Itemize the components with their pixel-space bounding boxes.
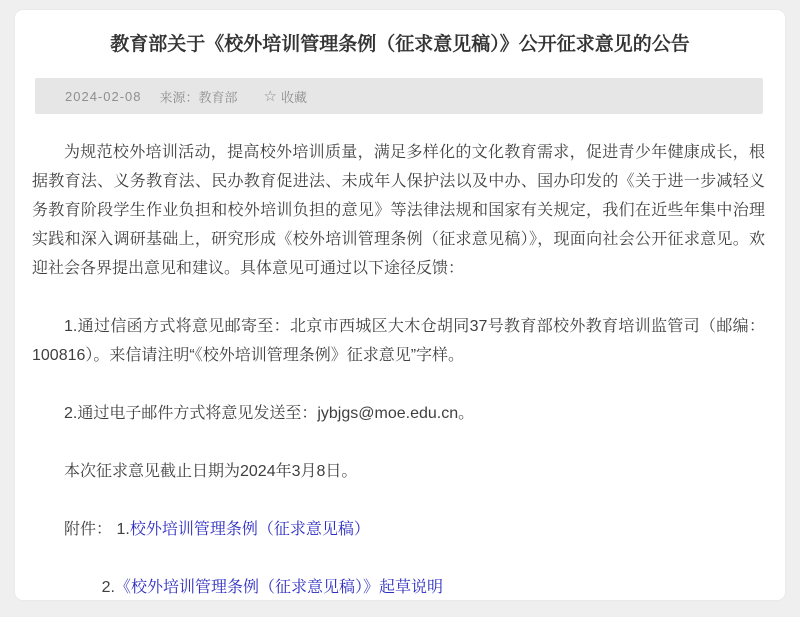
- page-background: 教育部关于《校外培训管理条例（征求意见稿）》公开征求意见的公告 2024-02-…: [0, 0, 800, 617]
- attachment-1-prefix: 1.: [116, 521, 129, 538]
- attachments-line-2: 2.《校外培训管理条例（征求意见稿）》起草说明: [32, 573, 765, 600]
- star-icon: ☆: [264, 89, 277, 104]
- source-label: 来源：教育部: [160, 87, 238, 106]
- deadline-paragraph: 本次征求意见截止日期为2024年3月8日。: [32, 457, 765, 486]
- publish-date: 2024-02-08: [65, 89, 142, 104]
- article-content: 为规范校外培训活动，提高校外培训质量，满足多样化的文化教育需求，促进青少年健康成…: [15, 138, 785, 600]
- attachment-2-prefix: 2.: [102, 579, 115, 596]
- favorite-label: 收藏: [281, 87, 307, 106]
- favorite-button[interactable]: ☆ 收藏: [264, 87, 307, 106]
- article-card: 教育部关于《校外培训管理条例（征求意见稿）》公开征求意见的公告 2024-02-…: [15, 10, 785, 600]
- feedback-channel-mail-paragraph: 1.通过信函方式将意见邮寄至：北京市西城区大木仓胡同37号教育部校外教育培训监管…: [32, 312, 765, 370]
- feedback-channel-email-paragraph: 2.通过电子邮件方式将意见发送至：jybjgs@moe.edu.cn。: [32, 399, 765, 428]
- attachments-line-1: 附件： 1.校外培训管理条例（征求意见稿）: [32, 515, 765, 544]
- intro-paragraph: 为规范校外培训活动，提高校外培训质量，满足多样化的文化教育需求，促进青少年健康成…: [32, 138, 765, 283]
- attachments-label: 附件：: [64, 521, 112, 538]
- attachment-1-link[interactable]: 校外培训管理条例（征求意见稿）: [130, 521, 370, 538]
- meta-bar: 2024-02-08 来源：教育部 ☆ 收藏: [35, 78, 763, 114]
- article-title: 教育部关于《校外培训管理条例（征求意见稿）》公开征求意见的公告: [45, 32, 755, 58]
- attachment-2-link[interactable]: 《校外培训管理条例（征求意见稿）》起草说明: [115, 579, 443, 596]
